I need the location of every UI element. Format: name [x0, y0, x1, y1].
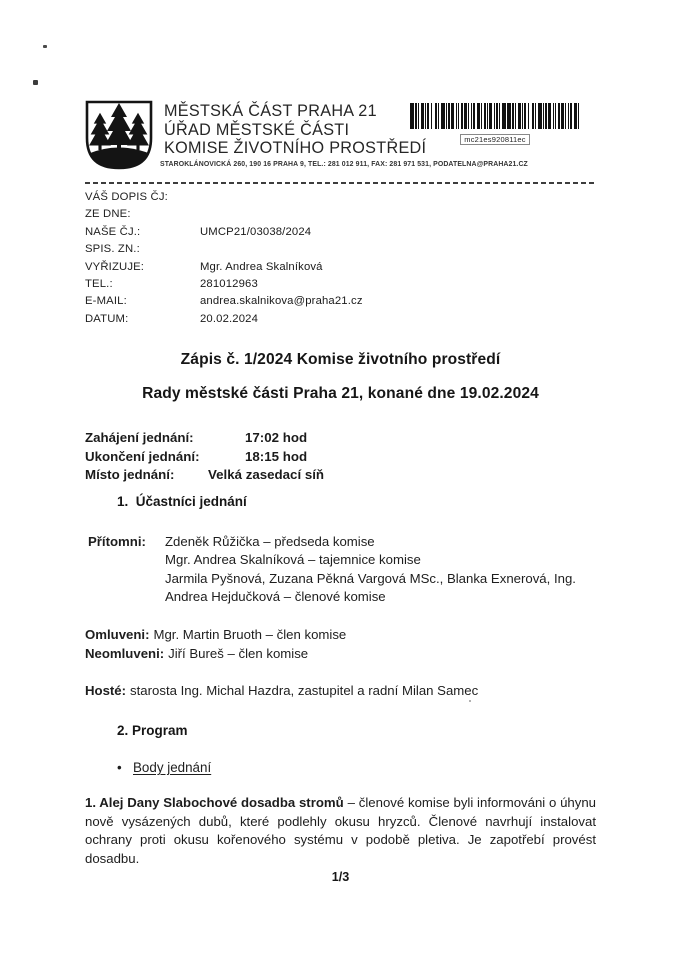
present-list: Zdeněk Růžička – předseda komise Mgr. An… [165, 533, 596, 606]
reference-row: TEL.:281012963 [85, 276, 596, 293]
barcode: mc21es920811ec [410, 103, 580, 147]
page-number: 1/3 [85, 870, 596, 884]
meeting-info-row: Ukončení jednání:18:15 hod [85, 448, 596, 467]
reference-row: SPIS. ZN.: [85, 241, 596, 258]
agenda-item-1-paragraph: 1. Alej Dany Slabochové dosadba stromů– … [85, 794, 596, 868]
meeting-info-label: Zahájení jednání: [85, 430, 194, 445]
meeting-info-value: Velká zasedací síň [208, 466, 324, 485]
present-line: Mgr. Andrea Skalníková – tajemnice komis… [165, 551, 596, 569]
present-line: Zdeněk Růžička – předseda komise [165, 533, 596, 551]
guests-line: Hosté:starosta Ing. Michal Hazdra, zastu… [85, 682, 596, 700]
coat-of-arms-three-fir-trees-icon [85, 100, 153, 170]
present-line: Jarmila Pyšnová, Zuzana Pěkná Vargová MS… [165, 570, 596, 588]
present-line: Andrea Hejdučková – členové komise [165, 588, 596, 606]
present-block: Přítomni: Zdeněk Růžička – předseda komi… [85, 533, 596, 606]
agenda-bullet-line: •Body jednání [117, 760, 596, 775]
bullet-icon: • [117, 760, 133, 775]
guests-label: Hosté: [85, 683, 126, 698]
present-label: Přítomni: [85, 533, 165, 606]
reference-label: ZE DNE: [85, 206, 200, 223]
meeting-info: Zahájení jednání:17:02 hod Ukončení jedn… [85, 429, 596, 485]
reference-label: SPIS. ZN.: [85, 241, 200, 258]
document-title-line2: Rady městské části Praha 21, konané dne … [85, 385, 596, 403]
unexcused-label: Neomluveni: [85, 646, 164, 661]
reference-value: 281012963 [200, 278, 258, 290]
reference-label: NAŠE ČJ.: [85, 224, 200, 241]
agenda-bullet-text: Body jednání [133, 760, 211, 775]
reference-label: VYŘIZUJE: [85, 259, 200, 276]
reference-label: VÁŠ DOPIS ČJ: [85, 189, 200, 206]
header-divider [85, 182, 596, 184]
reference-row: VÁŠ DOPIS ČJ: [85, 189, 596, 206]
letterhead: MĚSTSKÁ ČÁST PRAHA 21 ÚŘAD MĚSTSKÉ ČÁSTI… [85, 100, 596, 182]
barcode-bars [410, 103, 580, 129]
document-title-line1: Zápis č. 1/2024 Komise životního prostře… [85, 351, 596, 369]
scan-speck [43, 45, 47, 48]
org-address-line: STAROKLÁNOVICKÁ 260, 190 16 PRAHA 9, TEL… [160, 161, 596, 168]
section-heading-program: 2. Program [117, 723, 596, 738]
document-content: MĚSTSKÁ ČÁST PRAHA 21 ÚŘAD MĚSTSKÉ ČÁSTI… [85, 100, 596, 884]
unexcused-text: Jiří Bureš – člen komise [168, 646, 308, 661]
reference-value: Mgr. Andrea Skalníková [200, 261, 323, 273]
barcode-label: mc21es920811ec [460, 134, 529, 145]
reference-row: VYŘIZUJE:Mgr. Andrea Skalníková [85, 259, 596, 276]
reference-row: DATUM:20.02.2024 [85, 311, 596, 328]
reference-value: 20.02.2024 [200, 313, 258, 325]
reference-label: TEL.: [85, 276, 200, 293]
reference-label: DATUM: [85, 311, 200, 328]
excused-label: Omluveni: [85, 627, 149, 642]
meeting-info-label: Ukončení jednání: [85, 449, 200, 464]
reference-value: UMCP21/03038/2024 [200, 226, 311, 238]
excused-text: Mgr. Martin Bruoth – člen komise [153, 627, 346, 642]
reference-block: VÁŠ DOPIS ČJ: ZE DNE: NAŠE ČJ.:UMCP21/03… [85, 189, 596, 328]
reference-row: NAŠE ČJ.:UMCP21/03038/2024 [85, 224, 596, 241]
scan-speck [33, 80, 38, 85]
guests-text: starosta Ing. Michal Hazdra, zastupitel … [130, 683, 478, 698]
meeting-info-row: Místo jednání:Velká zasedací síň [85, 466, 596, 485]
meeting-info-value: 17:02 hod [245, 429, 307, 448]
meeting-info-row: Zahájení jednání:17:02 hod [85, 429, 596, 448]
reference-row: ZE DNE: [85, 206, 596, 223]
unexcused-line: Neomluveni:Jiří Bureš – člen komise [85, 645, 596, 663]
section-heading-participants: 1. Účastníci jednání [117, 494, 596, 509]
excused-line: Omluveni:Mgr. Martin Bruoth – člen komis… [85, 626, 596, 644]
reference-row: E-MAIL:andrea.skalnikova@praha21.cz [85, 293, 596, 310]
agenda-item-1-title: 1. Alej Dany Slabochové dosadba stromů [85, 795, 344, 810]
reference-label: E-MAIL: [85, 293, 200, 310]
meeting-info-value: 18:15 hod [245, 448, 307, 467]
meeting-info-label: Místo jednání: [85, 467, 174, 482]
reference-value: andrea.skalnikova@praha21.cz [200, 295, 363, 307]
document-page: MĚSTSKÁ ČÁST PRAHA 21 ÚŘAD MĚSTSKÉ ČÁSTI… [0, 0, 678, 960]
